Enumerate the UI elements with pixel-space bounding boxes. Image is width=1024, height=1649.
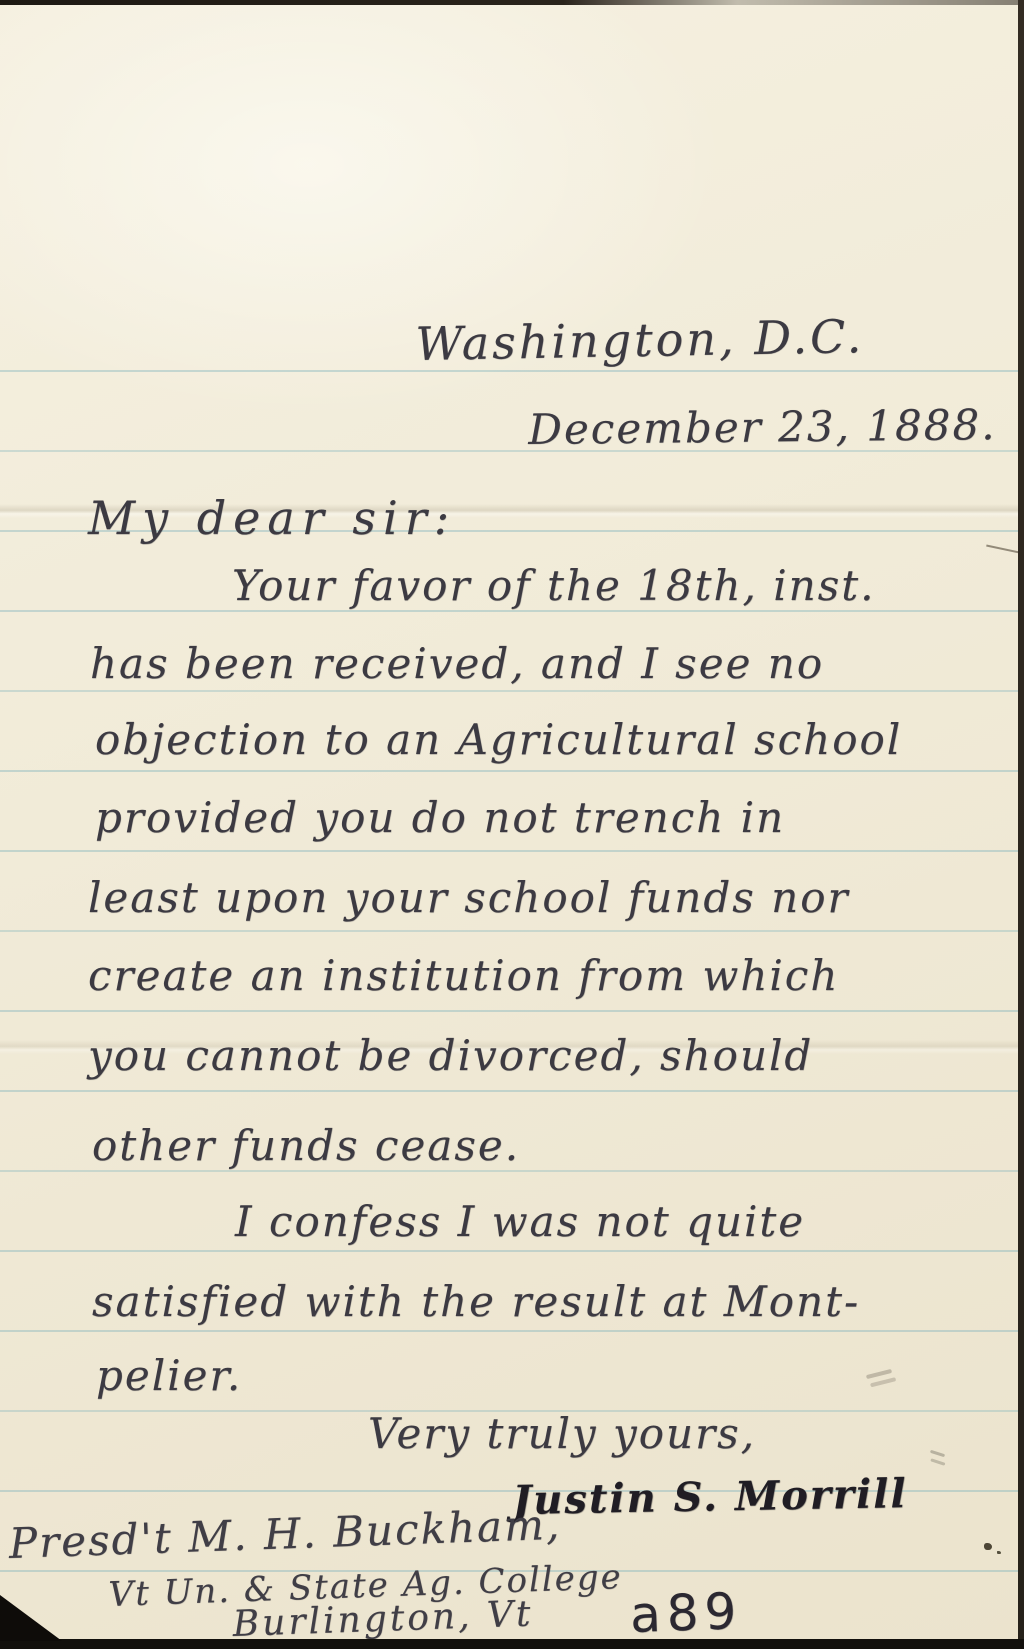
ruled-line [0,770,1018,772]
closing: Very truly yours, [368,1410,756,1458]
ruled-line [0,850,1018,852]
body-line-1: Your favor of the 18th, inst. [232,562,876,610]
ink-speck [984,1543,992,1550]
ruled-line [0,370,1018,372]
archive-number: a89 [629,1582,743,1644]
body-line-6: create an institution from which [88,952,839,1000]
scan-edge-top [0,0,1024,5]
ruled-line [0,1250,1018,1252]
body-line-10: satisfied with the result at Mont- [92,1278,860,1326]
salutation: My dear sir: [88,492,456,545]
pencil-mark [866,1369,892,1379]
ruled-line [0,1330,1018,1332]
body-line-9: I confess I was not quite [235,1198,805,1246]
body-line-4: provided you do not trench in [95,794,785,842]
letter-date: December 23, 1888. [528,401,997,454]
ruled-line [0,1090,1018,1092]
pencil-mark [930,1450,945,1457]
body-line-8: other funds cease. [92,1122,520,1170]
scan-edge-right [1018,0,1024,1649]
scan-edge-bottom [0,1639,1024,1649]
body-line-11: pelier. [96,1352,242,1400]
body-line-2: has been received, and I see no [90,640,824,688]
letter-place: Washington, D.C. [415,310,865,371]
address-line-1: Presd't M. H. Buckham, [8,1501,562,1569]
ruled-line [0,1010,1018,1012]
ruled-line [0,1170,1018,1172]
ruled-line [0,690,1018,692]
scan-corner [0,1595,62,1641]
ruled-line [0,930,1018,932]
body-line-3: objection to an Agricultural school [95,716,902,764]
crease-nick [986,544,1020,553]
letter-page: Washington, D.C. December 23, 1888. My d… [0,0,1024,1649]
signature: Justin S. Morrill [512,1471,908,1524]
body-line-7: you cannot be divorced, should [88,1032,813,1080]
ruled-line [0,610,1018,612]
body-line-5: least upon your school funds nor [88,874,850,922]
